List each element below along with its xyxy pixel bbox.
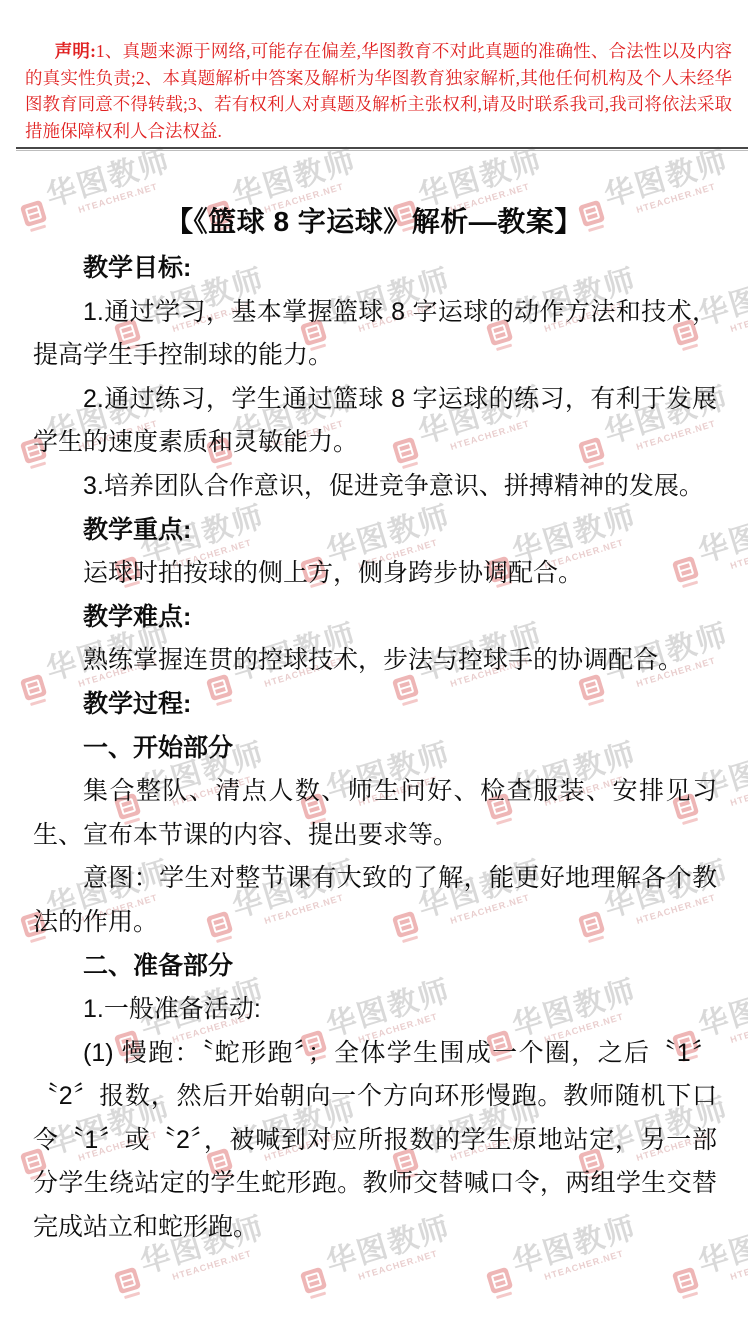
paragraph: 熟练掌握连贯的控球技术，步法与控球手的协调配合。 — [33, 639, 717, 683]
paragraph: 运球时拍按球的侧上方，侧身跨步协调配合。 — [33, 552, 717, 596]
disclaimer: 声明:1、真题来源于网络,可能存在偏差,华图教育不对此真题的准确性、合法性以及内… — [25, 38, 732, 144]
paragraph: 2.通过练习，学生通过篮球 8 字运球的练习，有利于发展学生的速度素质和灵敏能力… — [33, 378, 717, 465]
paragraph: 1.通过学习，基本掌握篮球 8 字运球的动作方法和技术，提高学生手控制球的能力。 — [33, 291, 717, 378]
paragraph: (1) 慢跑：〝蛇形跑〞；全体学生围成一个圈，之后〝1〞〝2〞报数，然后开始朝向… — [33, 1032, 717, 1250]
paragraph: 3.培养团队合作意识，促进竞争意识、拼搏精神的发展。 — [33, 465, 717, 509]
section-heading: 教学难点: — [33, 596, 717, 640]
paragraph: 集合整队、清点人数、师生问好、检查服装、安排见习生、宣布本节课的内容、提出要求等… — [33, 770, 717, 857]
section-heading: 一、开始部分 — [33, 727, 717, 771]
document-body: 教学目标:1.通过学习，基本掌握篮球 8 字运球的动作方法和技术，提高学生手控制… — [33, 247, 717, 1250]
page-title: 【《篮球 8 字运球》解析—教案】 — [0, 200, 748, 240]
paragraph: 1.一般准备活动: — [33, 988, 717, 1032]
document-page: 华图教师HTEACHER.NET华图教师HTEACHER.NET华图教师HTEA… — [0, 0, 748, 1335]
paragraph: 意图：学生对整节课有大致的了解，能更好地理解各个教法的作用。 — [33, 857, 717, 944]
section-heading: 教学重点: — [33, 509, 717, 553]
disclaimer-text: 1、真题来源于网络,可能存在偏差,华图教育不对此真题的准确性、合法性以及内容的真… — [25, 41, 732, 141]
section-heading: 教学目标: — [33, 247, 717, 291]
divider-line — [16, 147, 748, 149]
document-content: 声明:1、真题来源于网络,可能存在偏差,华图教育不对此真题的准确性、合法性以及内… — [0, 0, 748, 1335]
section-heading: 二、准备部分 — [33, 945, 717, 989]
section-heading: 教学过程: — [33, 683, 717, 727]
disclaimer-label: 声明: — [55, 41, 96, 61]
